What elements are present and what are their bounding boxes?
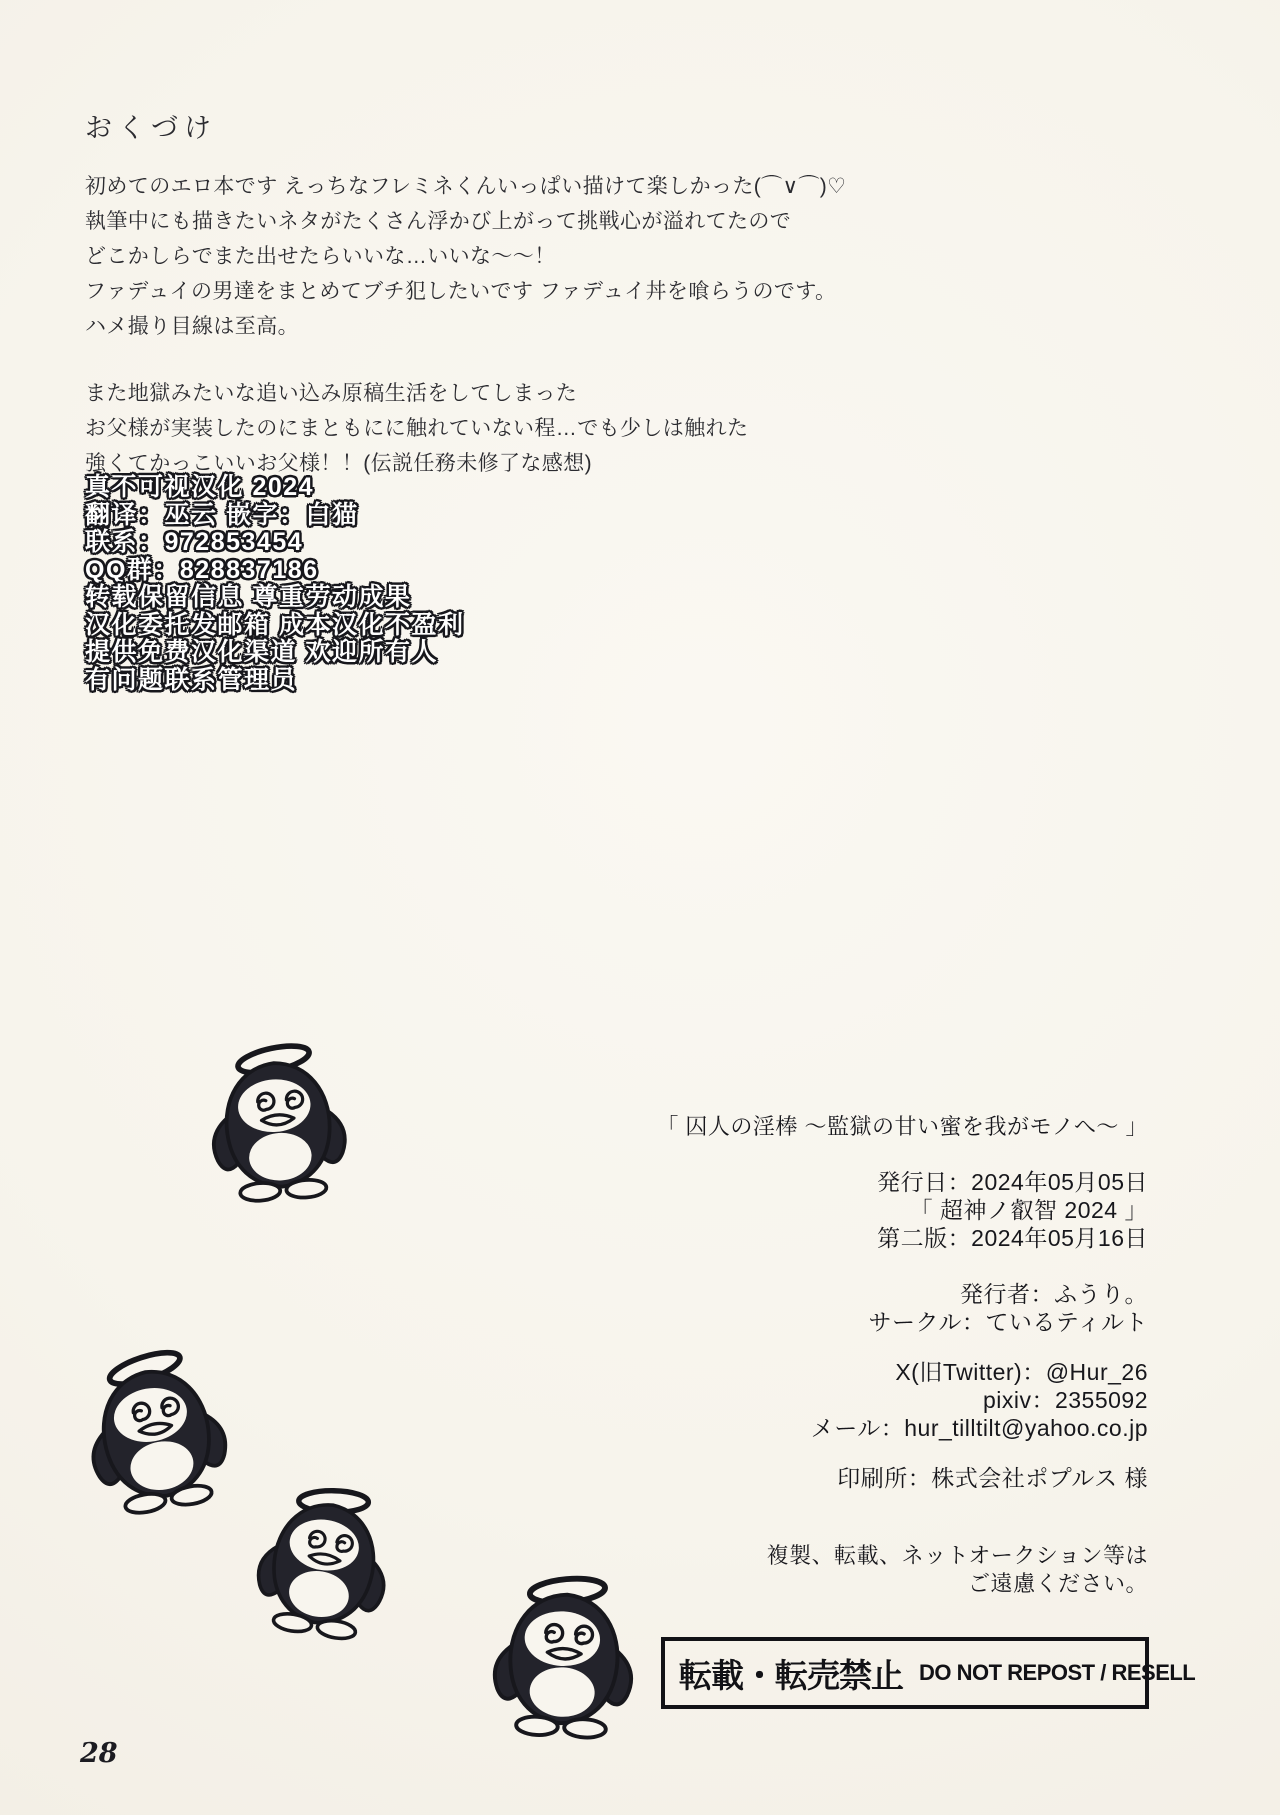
afterword-line: 初めてのエロ本です えっちなフレミネくんいっぱい描けて楽しかった(⌒∨⌒)♡ (85, 169, 805, 204)
afterword-heading: おくづけ (85, 106, 805, 145)
colophon-block: 「 囚人の淫棒 ～監獄の甘い蜜を我がモノへ～ 」 発行日：2024年05月05日… (588, 1112, 1148, 1598)
twitter-handle-line: X(旧Twitter)：@Hur_26 (588, 1358, 1148, 1386)
afterword-line: ファデュイの男達をまとめてブチ犯したいです ファデュイ丼を喰らうのです。 (85, 274, 805, 309)
translator-credits-line: 翻译：巫云 嵌字：白猫 (85, 502, 605, 530)
circle-line: サークル：ているティルト (588, 1308, 1148, 1336)
penguin-doodle-icon (240, 1470, 408, 1655)
second-edition-line: 第二版：2024年05月16日 (588, 1224, 1148, 1252)
afterword-section: おくづけ 初めてのエロ本です えっちなフレミネくんいっぱい描けて楽しかった(⌒∨… (85, 106, 805, 481)
translator-credits-line: 转载保留信息 尊重劳动成果 (85, 584, 605, 612)
translator-credits-line: 有问题联系管理员 (85, 667, 605, 695)
translator-credits-line: 提供免费汉化渠道 欢迎所有人 (85, 639, 605, 667)
translator-credits-line: 联系：972853454 (85, 529, 605, 557)
afterword-line: また地獄みたいな追い込み原稿生活をしてしまった (85, 376, 805, 411)
no-repost-banner: 転載・転売禁止 DO NOT REPOST / RESELL (661, 1637, 1149, 1709)
book-title: 「 囚人の淫棒 ～監獄の甘い蜜を我がモノへ～ 」 (588, 1112, 1148, 1142)
notice-line: ご遠慮ください。 (588, 1570, 1148, 1598)
event-name-line: 「 超神ノ叡智 2024 」 (588, 1196, 1148, 1224)
publication-dates: 発行日：2024年05月05日 「 超神ノ叡智 2024 」 第二版：2024年… (588, 1168, 1148, 1252)
page-number: 28 (80, 1738, 118, 1769)
publisher-line: 発行者：ふうり。 (588, 1280, 1148, 1308)
no-repost-banner-jp: 転載・転売禁止 (679, 1650, 903, 1697)
penguin-doodle-icon (197, 1035, 358, 1211)
contact-info: X(旧Twitter)：@Hur_26 pixiv：2355092 メール：hu… (588, 1358, 1148, 1442)
no-repost-banner-en: DO NOT REPOST / RESELL (919, 1660, 1195, 1686)
translator-credits-line: QQ群：828837186 (85, 557, 605, 585)
afterword-line: 執筆中にも描きたいネタがたくさん浮かび上がって挑戦心が溢れてたので (85, 204, 805, 239)
pixiv-id-line: pixiv：2355092 (588, 1386, 1148, 1414)
afterword-line: ハメ撮り目線は至高。 (85, 309, 805, 344)
translator-credits-line: 汉化委托发邮箱 成本汉化不盈利 (85, 612, 605, 640)
copyright-notice: 複製、転載、ネットオークション等は ご遠慮ください。 (588, 1542, 1148, 1598)
notice-line: 複製、転載、ネットオークション等は (588, 1542, 1148, 1570)
afterword-line: お父様が実装したのにまともにに触れていない程…でも少しは触れた (85, 411, 805, 446)
printer-info: 印刷所：株式会社ポプルス 様 (588, 1464, 1148, 1492)
afterword-line: どこかしらでまた出せたらいいな…いいな～～！ (85, 239, 805, 274)
translator-credits-block: 真不可视汉化 2024 翻译：巫云 嵌字：白猫 联系：972853454 QQ群… (85, 474, 605, 694)
penguin-doodle-icon (66, 1334, 246, 1530)
translator-credits-line: 真不可视汉化 2024 (85, 474, 605, 502)
publication-date-line: 発行日：2024年05月05日 (588, 1168, 1148, 1196)
printer-line: 印刷所：株式会社ポプルス 様 (588, 1464, 1148, 1492)
afterword-paragraph-2: また地獄みたいな追い込み原稿生活をしてしまった お父様が実装したのにまともにに触… (85, 376, 805, 481)
publisher-info: 発行者：ふうり。 サークル：ているティルト (588, 1280, 1148, 1336)
doujinshi-afterword-page: おくづけ 初めてのエロ本です えっちなフレミネくんいっぱい描けて楽しかった(⌒∨… (0, 0, 1280, 1815)
email-line: メール：hur_tilltilt@yahoo.co.jp (588, 1414, 1148, 1442)
afterword-paragraph-1: 初めてのエロ本です えっちなフレミネくんいっぱい描けて楽しかった(⌒∨⌒)♡ 執… (85, 169, 805, 344)
